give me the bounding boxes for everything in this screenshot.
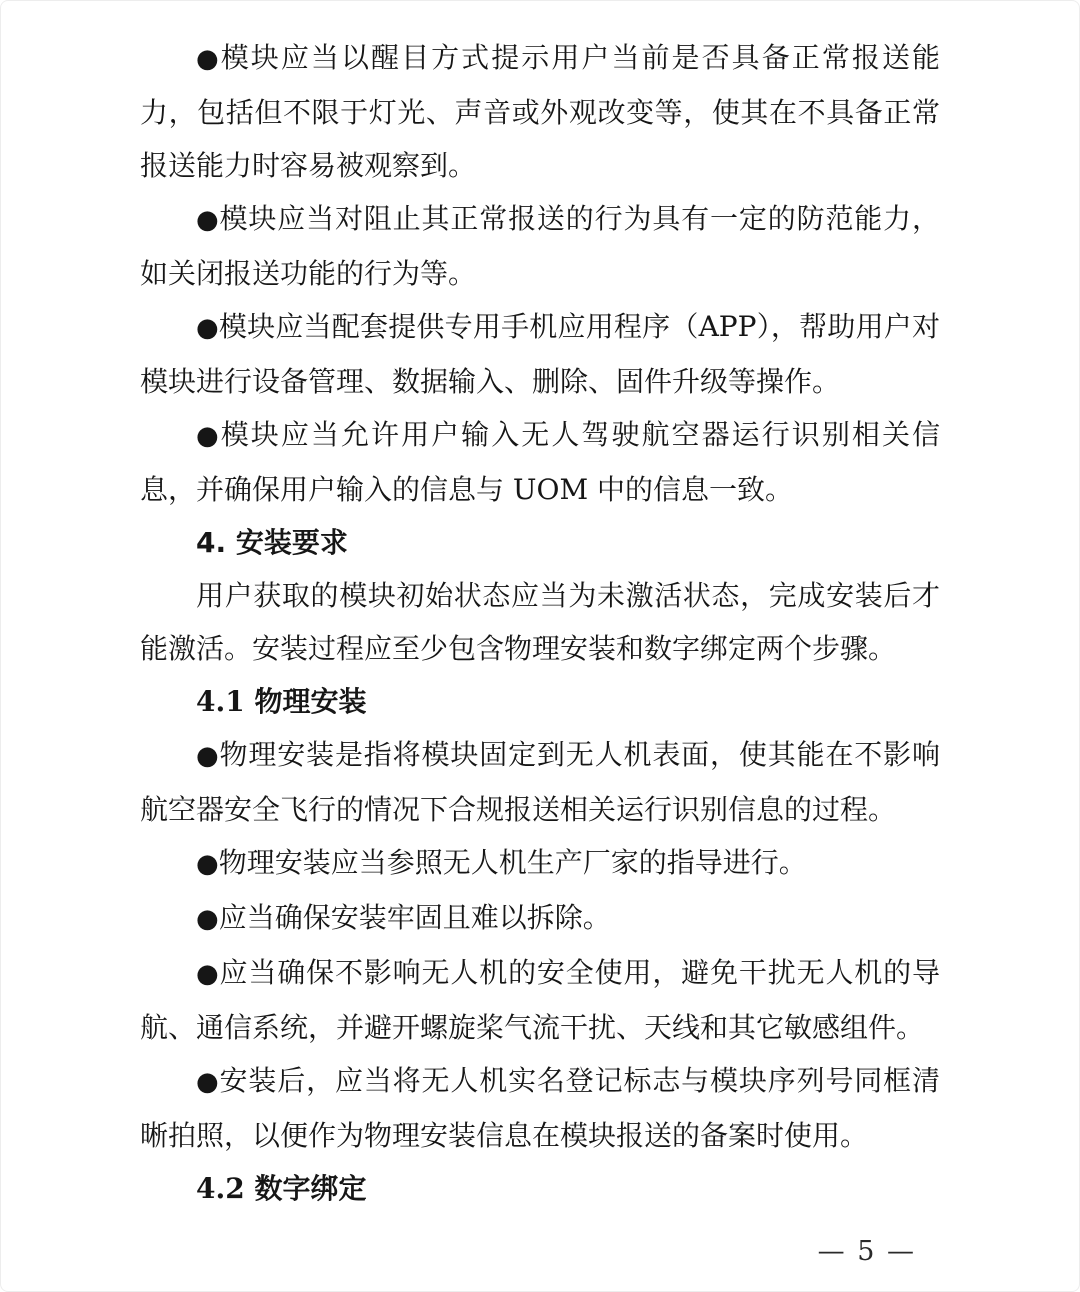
- bullet-icon: ●: [196, 959, 220, 989]
- bullet-paragraph: ●物理安装是指将模块固定到无人机表面，使其能在不影响航空器安全飞行的情况下合规报…: [140, 728, 940, 836]
- bullet-icon: ●: [196, 44, 221, 74]
- bullet-paragraph: ●模块应当对阻止其正常报送的行为具有一定的防范能力，如关闭报送功能的行为等。: [140, 192, 940, 300]
- paragraph-text: 物理安装应当参照无人机生产厂家的指导进行。: [219, 846, 807, 879]
- sub-section-heading-physical-installation: 4.1 物理安装: [140, 675, 940, 728]
- document-page: ●模块应当以醒目方式提示用户当前是否具备正常报送能力，包括但不限于灯光、声音或外…: [0, 0, 1080, 1292]
- bullet-paragraph: ●模块应当以醒目方式提示用户当前是否具备正常报送能力，包括但不限于灯光、声音或外…: [140, 31, 940, 192]
- paragraph-text: 模块应当允许用户输入无人驾驶航空器运行识别相关信息，并确保用户输入的信息与 UO…: [140, 418, 940, 506]
- bullet-icon: ●: [196, 849, 219, 879]
- bullet-icon: ●: [196, 205, 220, 235]
- paragraph-text: 安装后，应当将无人机实名登记标志与模块序列号同框清晰拍照，以便作为物理安装信息在…: [140, 1064, 940, 1152]
- bullet-paragraph: ●应当确保安装牢固且难以拆除。: [140, 891, 940, 946]
- page-number: — 5 —: [818, 1236, 916, 1267]
- bullet-paragraph: ●模块应当允许用户输入无人驾驶航空器运行识别相关信息，并确保用户输入的信息与 U…: [140, 408, 940, 516]
- bullet-icon: ●: [196, 313, 219, 343]
- bullet-paragraph: ●物理安装应当参照无人机生产厂家的指导进行。: [140, 836, 940, 891]
- bullet-icon: ●: [196, 904, 219, 934]
- bullet-icon: ●: [196, 741, 220, 771]
- section-heading-installation-requirements: 4. 安装要求: [140, 516, 940, 569]
- document-body: ●模块应当以醒目方式提示用户当前是否具备正常报送能力，包括但不限于灯光、声音或外…: [140, 31, 940, 1215]
- bullet-paragraph: ●安装后，应当将无人机实名登记标志与模块序列号同框清晰拍照，以便作为物理安装信息…: [140, 1054, 940, 1162]
- sub-section-heading-digital-binding: 4.2 数字绑定: [140, 1162, 940, 1215]
- bullet-icon: ●: [196, 421, 221, 451]
- paragraph-text: 应当确保安装牢固且难以拆除。: [219, 901, 611, 934]
- body-paragraph: 用户获取的模块初始状态应当为未激活状态，完成安装后才能激活。安装过程应至少包含物…: [140, 569, 940, 675]
- paragraph-text: 用户获取的模块初始状态应当为未激活状态，完成安装后才能激活。安装过程应至少包含物…: [140, 579, 940, 665]
- bullet-paragraph: ●应当确保不影响无人机的安全使用，避免干扰无人机的导航、通信系统，并避开螺旋桨气…: [140, 946, 940, 1054]
- paragraph-text: 模块应当配套提供专用手机应用程序（APP），帮助用户对模块进行设备管理、数据输入…: [140, 310, 940, 398]
- paragraph-text: 模块应当以醒目方式提示用户当前是否具备正常报送能力，包括但不限于灯光、声音或外观…: [140, 41, 940, 182]
- paragraph-text: 应当确保不影响无人机的安全使用，避免干扰无人机的导航、通信系统，并避开螺旋桨气流…: [140, 956, 940, 1044]
- paragraph-text: 模块应当对阻止其正常报送的行为具有一定的防范能力，如关闭报送功能的行为等。: [140, 202, 940, 290]
- bullet-paragraph: ●模块应当配套提供专用手机应用程序（APP），帮助用户对模块进行设备管理、数据输…: [140, 300, 940, 408]
- bullet-icon: ●: [196, 1067, 220, 1097]
- paragraph-text: 物理安装是指将模块固定到无人机表面，使其能在不影响航空器安全飞行的情况下合规报送…: [140, 738, 940, 826]
